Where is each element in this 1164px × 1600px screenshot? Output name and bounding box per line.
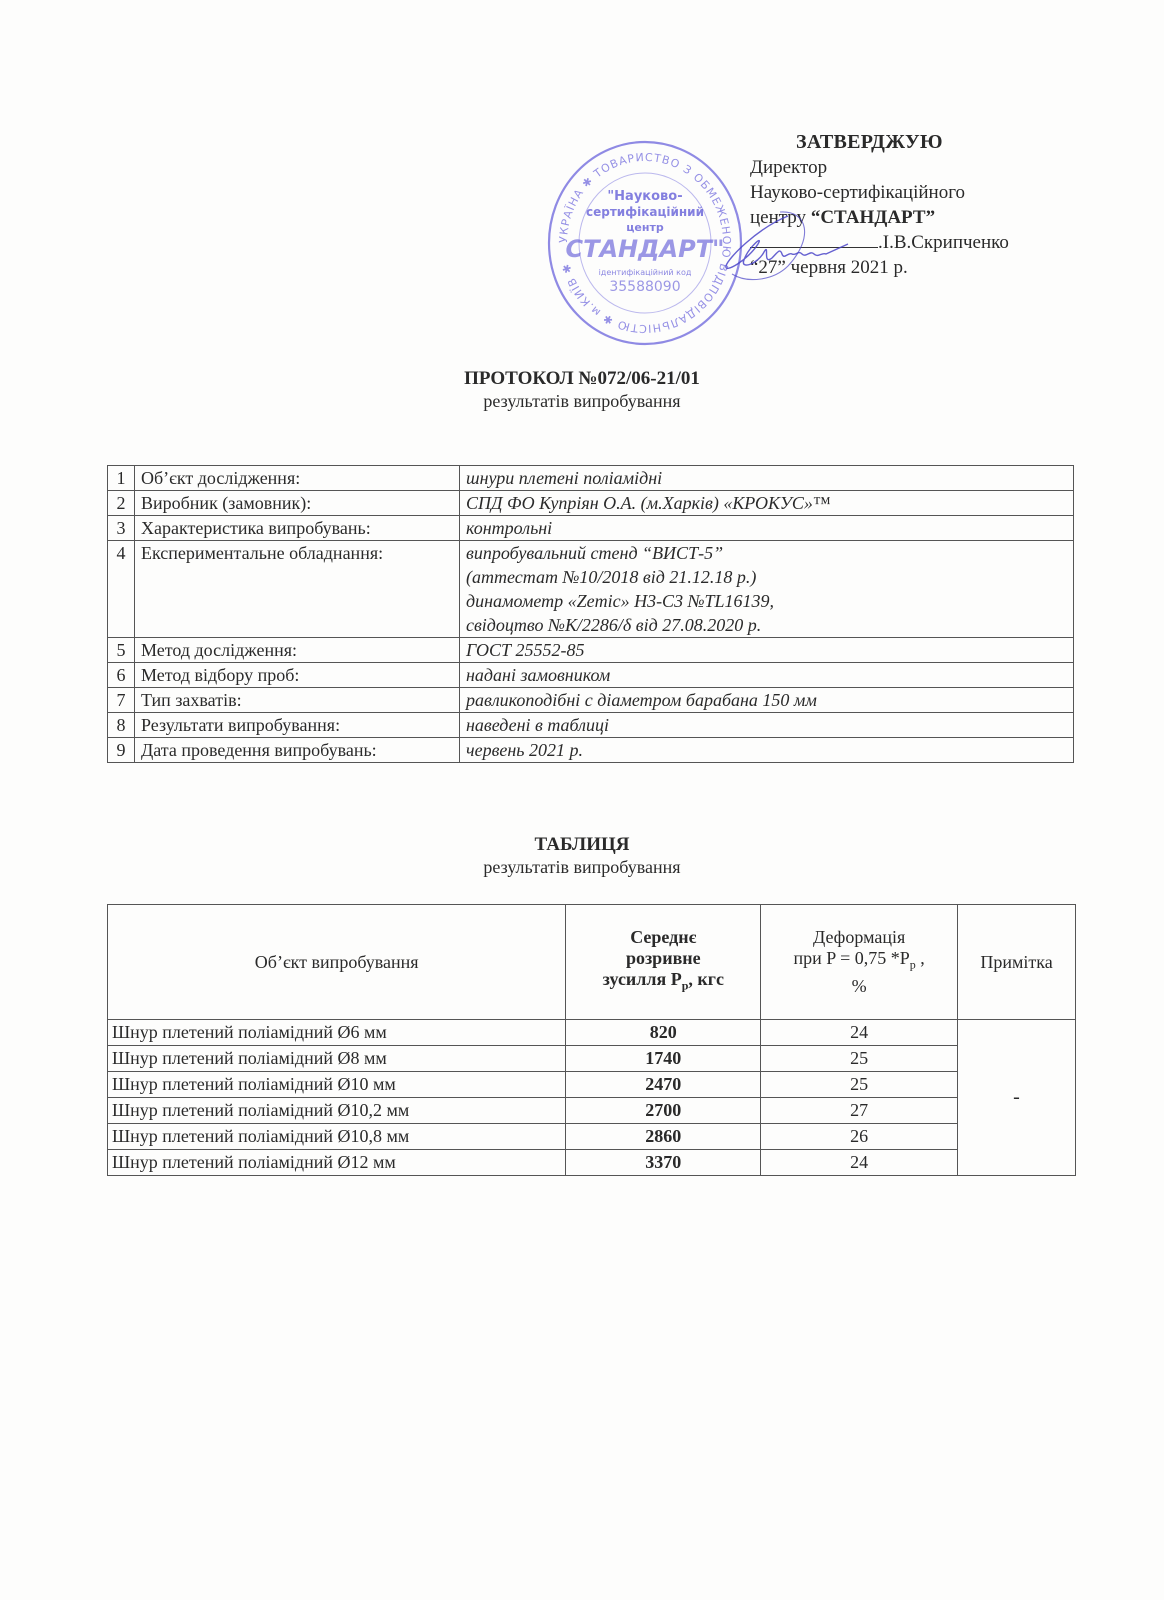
row-deformation: 27 — [761, 1098, 958, 1124]
table-row: Шнур плетений поліамідний Ø10,8 мм286026 — [108, 1124, 1076, 1150]
row-deformation: 25 — [761, 1072, 958, 1098]
results-header-row: Об’єкт випробування Середнє розривне зус… — [108, 905, 1076, 1020]
approval-signatory: .І.В.Скрипченко — [878, 232, 1009, 253]
info-value-line: динамометр «Zemic» Н3-С3 №TL16139, — [466, 589, 1067, 613]
info-row-value: наведені в таблиці — [460, 713, 1074, 738]
info-value-line: равликоподібні с діаметром барабана 150 … — [466, 688, 1067, 712]
info-row: 9Дата проведення випробувань:червень 202… — [108, 738, 1074, 763]
approval-title: ЗАТВЕРДЖУЮ — [750, 130, 1080, 155]
row-object: Шнур плетений поліамідний Ø10,2 мм — [108, 1098, 566, 1124]
info-row-value: випробувальний стенд “ВИСТ-5”(аттестат №… — [460, 541, 1074, 638]
info-value-line: наведені в таблиці — [466, 713, 1067, 737]
info-row-value: равликоподібні с діаметром барабана 150 … — [460, 688, 1074, 713]
signature-icon — [718, 208, 868, 288]
row-force: 2470 — [566, 1072, 761, 1098]
row-object: Шнур плетений поліамідний Ø10,8 мм — [108, 1124, 566, 1150]
info-value-line: контрольні — [466, 516, 1067, 540]
header-note: Примітка — [958, 905, 1076, 1020]
info-table: 1Об’єкт дослідження:шнури плетені поліам… — [107, 465, 1074, 763]
row-force: 2860 — [566, 1124, 761, 1150]
table-row: Шнур плетений поліамідний Ø10,2 мм270027 — [108, 1098, 1076, 1124]
table-row: Шнур плетений поліамідний Ø12 мм337024 — [108, 1150, 1076, 1176]
table-row: Шнур плетений поліамідний Ø8 мм174025 — [108, 1046, 1076, 1072]
info-row: 2Виробник (замовник):СПД ФО Купріян О.А.… — [108, 491, 1074, 516]
info-row: 5Метод дослідження:ГОСТ 25552-85 — [108, 638, 1074, 663]
row-deformation: 24 — [761, 1150, 958, 1176]
results-title: ТАБЛИЦЯ — [0, 834, 1164, 856]
info-row-label: Дата проведення випробувань: — [135, 738, 460, 763]
info-row-number: 5 — [108, 638, 135, 663]
info-row-label: Метод дослідження: — [135, 638, 460, 663]
row-force: 2700 — [566, 1098, 761, 1124]
info-row-value: контрольні — [460, 516, 1074, 541]
approval-org-line1: Науково-сертифікаційного — [750, 180, 1080, 205]
results-table: Об’єкт випробування Середнє розривне зус… — [107, 904, 1076, 1176]
row-deformation: 25 — [761, 1046, 958, 1072]
info-value-line: шнури плетені поліамідні — [466, 466, 1067, 490]
header-deformation: Деформація при P = 0,75 *Pр , % — [761, 905, 958, 1020]
info-value-line: свідоцтво №К/2286/δ від 27.08.2020 р. — [466, 613, 1067, 637]
header-force: Середнє розривне зусилля Pр, кгс — [566, 905, 761, 1020]
row-force: 1740 — [566, 1046, 761, 1072]
info-row: 7Тип захватів:равликоподібні с діаметром… — [108, 688, 1074, 713]
info-value-line: червень 2021 р. — [466, 738, 1067, 762]
info-row-number: 9 — [108, 738, 135, 763]
row-deformation: 26 — [761, 1124, 958, 1150]
info-row: 6Метод відбору проб:надані замовником — [108, 663, 1074, 688]
info-row-label: Результати випробування: — [135, 713, 460, 738]
row-force: 3370 — [566, 1150, 761, 1176]
info-row-value: надані замовником — [460, 663, 1074, 688]
row-deformation: 24 — [761, 1020, 958, 1046]
row-object: Шнур плетений поліамідний Ø12 мм — [108, 1150, 566, 1176]
info-row: 1Об’єкт дослідження:шнури плетені поліам… — [108, 466, 1074, 491]
protocol-title: ПРОТОКОЛ №072/06-21/01 — [0, 368, 1164, 390]
info-value-line: СПД ФО Купріян О.А. (м.Харків) «КРОКУС»™ — [466, 491, 1067, 515]
info-row-label: Метод відбору проб: — [135, 663, 460, 688]
results-subtitle: результатів випробування — [0, 857, 1164, 878]
info-row-label: Експериментальне обладнання: — [135, 541, 460, 638]
info-row-number: 2 — [108, 491, 135, 516]
info-row-number: 4 — [108, 541, 135, 638]
protocol-subtitle: результатів випробування — [0, 391, 1164, 412]
official-stamp: УКРАЇНА ✱ ТОВАРИСТВО З ОБМЕЖЕНОЮ ВІДПОВІ… — [545, 138, 745, 348]
table-row: Шнур плетений поліамідний Ø10 мм247025 — [108, 1072, 1076, 1098]
info-value-line: випробувальний стенд “ВИСТ-5” — [466, 541, 1067, 565]
info-row-label: Об’єкт дослідження: — [135, 466, 460, 491]
table-row: Шнур плетений поліамідний Ø6 мм82024- — [108, 1020, 1076, 1046]
approval-position: Директор — [750, 155, 1080, 180]
info-row-number: 8 — [108, 713, 135, 738]
row-object: Шнур плетений поліамідний Ø6 мм — [108, 1020, 566, 1046]
info-value-line: надані замовником — [466, 663, 1067, 687]
row-object: Шнур плетений поліамідний Ø10 мм — [108, 1072, 566, 1098]
info-row-value: шнури плетені поліамідні — [460, 466, 1074, 491]
info-row-value: ГОСТ 25552-85 — [460, 638, 1074, 663]
info-row-value: СПД ФО Купріян О.А. (м.Харків) «КРОКУС»™ — [460, 491, 1074, 516]
stamp-line-6: 35588090 — [609, 279, 680, 295]
info-row: 4Експериментальне обладнання:випробуваль… — [108, 541, 1074, 638]
header-object: Об’єкт випробування — [108, 905, 566, 1020]
info-value-line: (аттестат №10/2018 від 21.12.18 р.) — [466, 565, 1067, 589]
info-row-number: 1 — [108, 466, 135, 491]
stamp-line-5: ідентифікаційний код — [599, 268, 692, 277]
info-row-value: червень 2021 р. — [460, 738, 1074, 763]
stamp-line-4: СТАНДАРТ" — [565, 235, 724, 263]
info-value-line: ГОСТ 25552-85 — [466, 638, 1067, 662]
info-row-number: 3 — [108, 516, 135, 541]
info-row: 3Характеристика випробувань:контрольні — [108, 516, 1074, 541]
stamp-line-1: "Науково- — [607, 189, 682, 204]
row-force: 820 — [566, 1020, 761, 1046]
info-row-label: Характеристика випробувань: — [135, 516, 460, 541]
stamp-line-2: сертифікаційний — [586, 205, 704, 219]
row-note: - — [958, 1020, 1076, 1176]
stamp-line-3: центр — [626, 221, 664, 234]
info-row-number: 7 — [108, 688, 135, 713]
info-row: 8Результати випробування:наведені в табл… — [108, 713, 1074, 738]
info-row-label: Тип захватів: — [135, 688, 460, 713]
info-row-number: 6 — [108, 663, 135, 688]
info-row-label: Виробник (замовник): — [135, 491, 460, 516]
row-object: Шнур плетений поліамідний Ø8 мм — [108, 1046, 566, 1072]
